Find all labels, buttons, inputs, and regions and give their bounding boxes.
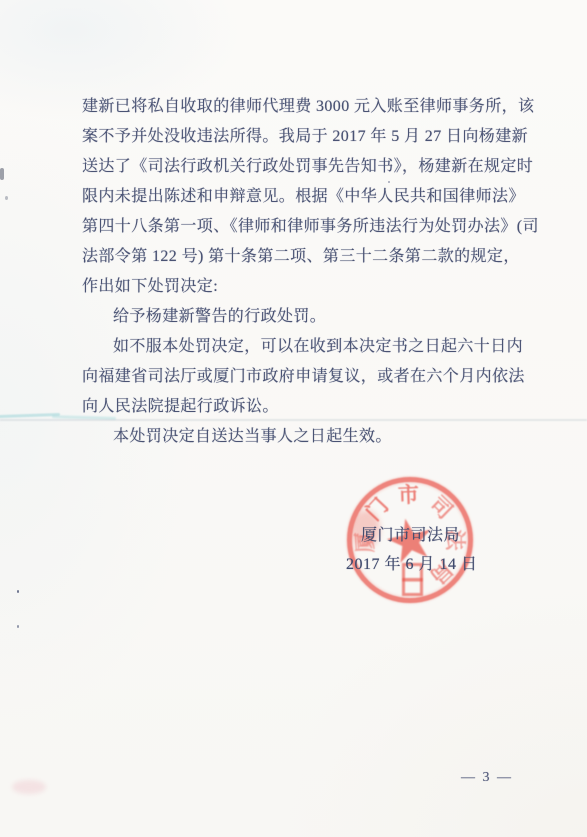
text-line: 向人民法院提起行政诉讼。 [82,392,544,422]
text-line: 送达了《司法行政机关行政处罚事先告知书》，杨建新在规定时 [82,152,544,182]
signature-organization: 厦门市司法局 [361,522,460,545]
text-line: 案不予并处没收违法所得。我局于 2017 年 5 月 27 日向杨建新 [82,122,544,152]
text-line: 本处罚决定自送达当事人之日起生效。 [82,422,544,452]
scan-speck [17,625,19,628]
fold-crease-mark [0,413,60,418]
seal-char: 市 [396,483,421,508]
text-line: 如不服本处罚决定，可以在收到本决定书之日起六十日内 [82,332,544,362]
text-line: 给予杨建新警告的行政处罚。 [82,302,544,332]
signature-date: 2017 年 6 月 14 日 [346,551,478,574]
scan-speck [17,590,19,593]
text-line: 限内未提出陈述和申辩意见。根据《中华人民共和国律师法》 [82,182,544,212]
page-number: — 3 — [461,770,513,786]
scan-speck [5,196,8,200]
text-line: 法部令第 122 号) 第十条第二项、第三十二条第二款的规定， [82,242,544,272]
document-body: 建新已将私自收取的律师代理费 3000 元入账至律师事务所，该 案不予并处没收违… [82,92,544,452]
text-line: 第四十八条第一项、《律师和律师事务所违法行为处罚办法》(司 [82,212,544,242]
scan-smudge [12,780,46,794]
text-line: 向福建省司法厅或厦门市政府申请复议，或者在六个月内依法 [82,362,544,392]
scanned-document-page: 建新已将私自收取的律师代理费 3000 元入账至律师事务所，该 案不予并处没收违… [0,0,587,837]
scan-speck [0,168,4,180]
text-line: 作出如下处罚决定: [82,272,544,302]
text-line: 建新已将私自收取的律师代理费 3000 元入账至律师事务所，该 [82,92,544,122]
